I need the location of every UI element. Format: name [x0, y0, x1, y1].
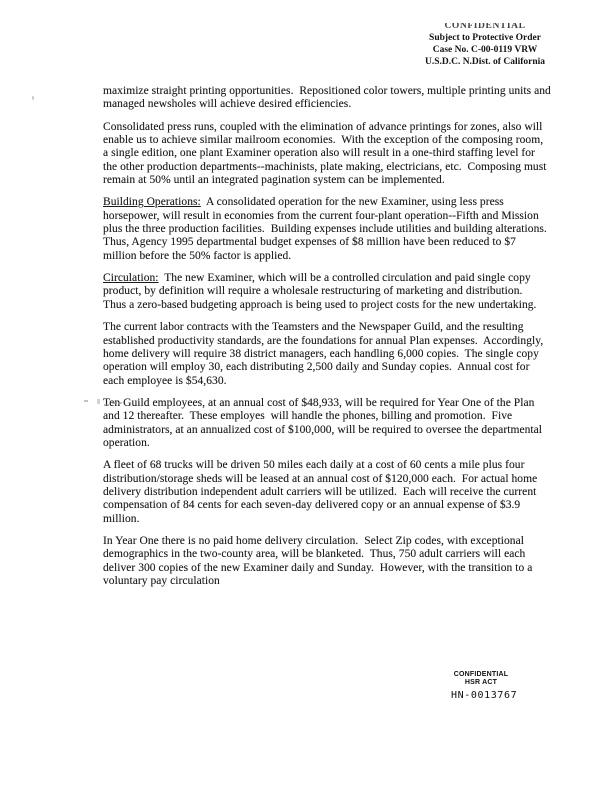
paragraph-text: The new Examiner, which will be a contro…: [103, 272, 537, 311]
header-stamp: CONFIDENTIAL Subject to Protective Order…: [398, 20, 572, 68]
paragraph-text: A fleet of 68 trucks will be driven 50 m…: [103, 459, 540, 524]
paragraph-text: The current labor contracts with the Tea…: [103, 321, 546, 386]
footer-stamp: CONFIDENTIAL HSR ACT HN-0013767: [451, 671, 517, 701]
document-body: maximize straight printing opportunities…: [103, 85, 551, 597]
scan-artifact-speck: [32, 96, 34, 100]
paragraph-text: maximize straight printing opportunities…: [103, 85, 554, 110]
footer-confidential-label: CONFIDENTIAL: [451, 671, 511, 679]
paragraph-consolidated-press-runs: Consolidated press runs, coupled with th…: [103, 121, 551, 188]
paragraph-printing-opportunities: maximize straight printing opportunities…: [103, 85, 551, 112]
document-page: CONFIDENTIAL Subject to Protective Order…: [0, 0, 611, 792]
paragraph-labor-contracts: The current labor contracts with the Tea…: [103, 321, 551, 388]
header-court-name: U.S.D.C. N.Dist. of California: [398, 56, 572, 68]
scan-artifact-smudge: [84, 399, 122, 408]
paragraph-text: Ten Guild employees, at an annual cost o…: [103, 397, 545, 449]
paragraph-year-one-circulation: In Year One there is no paid home delive…: [103, 535, 551, 588]
header-confidential-label: CONFIDENTIAL: [398, 20, 572, 32]
footer-bates-number: HN-0013767: [451, 690, 517, 701]
paragraph-building-operations: Building Operations: A consolidated oper…: [103, 196, 551, 263]
paragraph-guild-employees: Ten Guild employees, at an annual cost o…: [103, 397, 551, 450]
paragraph-text: Consolidated press runs, coupled with th…: [103, 121, 549, 186]
paragraph-truck-fleet: A fleet of 68 trucks will be driven 50 m…: [103, 459, 551, 526]
paragraph-heading: Circulation:: [103, 272, 159, 284]
paragraph-text: In Year One there is no paid home delive…: [103, 535, 535, 587]
paragraph-circulation: Circulation: The new Examiner, which wil…: [103, 272, 551, 312]
header-protective-order-label: Subject to Protective Order: [398, 32, 572, 44]
header-case-number: Case No. C-00-0119 VRW: [398, 44, 572, 56]
paragraph-heading: Building Operations:: [103, 196, 201, 208]
footer-hsr-act-label: HSR ACT: [451, 679, 511, 687]
